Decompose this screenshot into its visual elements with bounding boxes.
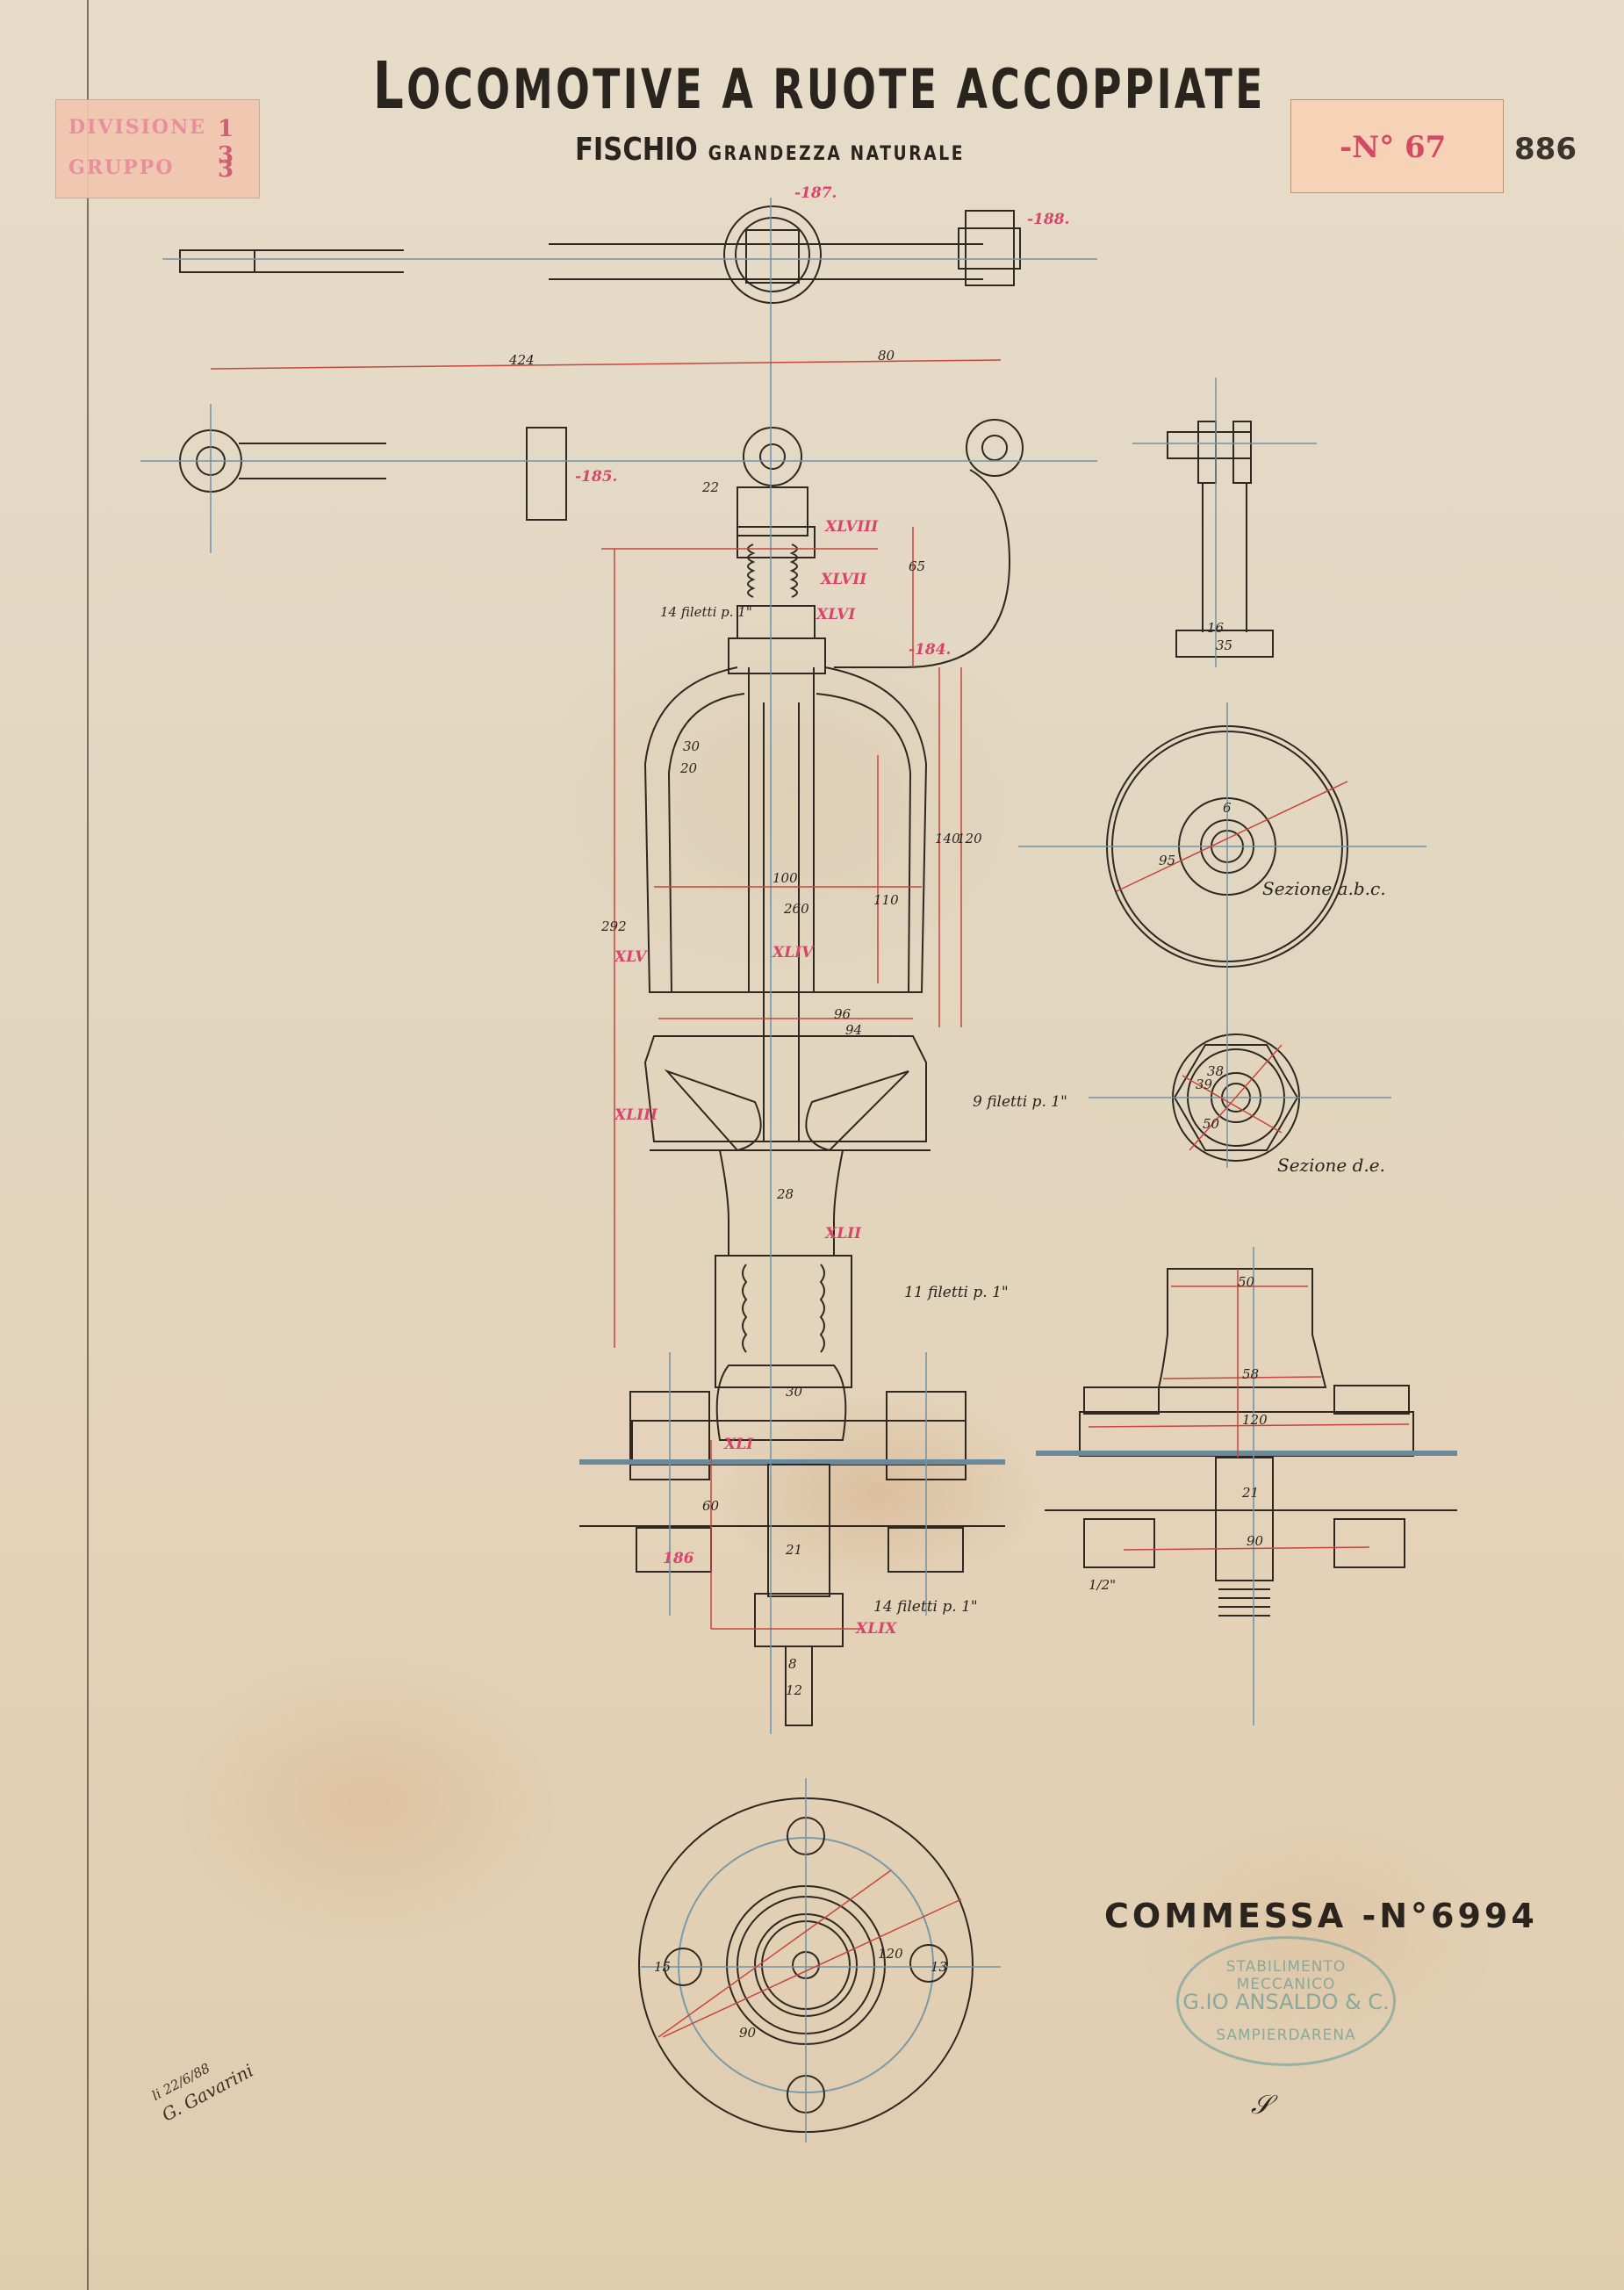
caption-thread-11: 11 filetti p. 1" <box>904 1284 1009 1301</box>
caption-thread-9: 9 filetti p. 1" <box>973 1093 1067 1111</box>
stamp-line-1: STABILIMENTO MECCANICO <box>1179 1958 1393 1993</box>
part-ref-xlii: XLII <box>824 1225 862 1242</box>
stamp-line-2: G.IO ANSALDO & C. <box>1179 1990 1393 2014</box>
dim-20: 20 <box>679 760 698 776</box>
technical-drawing: 424 80 65 22 100 260 110 140 120 292 30 … <box>0 0 1624 2290</box>
part-ref-187: -187. <box>794 184 837 202</box>
dim-120-flange-side: 120 <box>1242 1412 1268 1428</box>
dim-110: 110 <box>873 892 899 908</box>
dim-21-flange-side: 21 <box>1241 1485 1259 1501</box>
caption-thread-14-top: 14 filetti p. 1" <box>660 604 752 620</box>
part-ref-xlvii: XLVII <box>820 571 867 588</box>
fork-piece <box>527 428 566 520</box>
dim-120: 120 <box>957 831 982 846</box>
part-ref-xlix: XLIX <box>855 1620 897 1638</box>
dim-35-side: 35 <box>1216 637 1232 653</box>
dim-100: 100 <box>772 870 798 886</box>
dim-120-flange: 120 <box>878 1946 903 1962</box>
dim-22: 22 <box>701 479 719 495</box>
lever-end-left <box>180 250 255 272</box>
part-ref-188: -188. <box>1027 211 1069 228</box>
whistle-cup <box>645 1036 926 1141</box>
dim-8: 8 <box>788 1656 797 1672</box>
dim-39-section: 39 <box>1196 1077 1213 1092</box>
dim-half-inch: 1/2" <box>1089 1577 1116 1593</box>
dim-15-flange: 15 <box>654 1959 671 1975</box>
part-ref-xlvi: XLVI <box>816 606 856 623</box>
dim-80: 80 <box>878 348 895 364</box>
part-ref-184: -184. <box>909 641 951 659</box>
dim-13-flange: 13 <box>931 1959 947 1975</box>
stamp-line-3: SAMPIERDARENA <box>1179 2027 1393 2044</box>
dim-30-chamber: 30 <box>786 1384 803 1400</box>
part-ref-185: -185. <box>575 468 617 486</box>
part-ref-xliii: XLIII <box>614 1106 658 1124</box>
dim-28: 28 <box>776 1186 794 1202</box>
order-number: COMMESSA -N°6994 <box>1104 1897 1538 1935</box>
caption-thread-14-bottom: 14 filetti p. 1" <box>873 1598 978 1616</box>
dim-21: 21 <box>785 1542 802 1558</box>
dim-94: 94 <box>845 1022 862 1038</box>
part-ref-186: 186 <box>663 1550 694 1567</box>
part-ref-xliv: XLIV <box>772 944 815 961</box>
dim-58-flange-side: 58 <box>1242 1366 1259 1382</box>
caption-section-abc: Sezione a.b.c. <box>1262 878 1386 899</box>
dim-90-flange: 90 <box>739 2025 757 2041</box>
bottom-nut <box>755 1594 843 1646</box>
dim-60: 60 <box>702 1498 720 1514</box>
part-ref-xlv: XLV <box>614 948 648 966</box>
dim-424: 424 <box>508 352 535 368</box>
company-stamp: STABILIMENTO MECCANICO G.IO ANSALDO & C.… <box>1176 1936 1396 2066</box>
dim-50-flange-side: 50 <box>1238 1274 1255 1290</box>
lever-hub-outer <box>724 206 821 303</box>
dim-96: 96 <box>834 1006 852 1022</box>
dim-16-side: 16 <box>1207 620 1225 636</box>
dim-90-flange-side: 90 <box>1247 1533 1264 1549</box>
valve-chamber <box>717 1365 846 1440</box>
part-ref-xlviii: XLVIII <box>824 518 879 536</box>
dim-12: 12 <box>786 1682 802 1698</box>
dim-30: 30 <box>683 738 701 754</box>
dim-65: 65 <box>909 558 925 574</box>
top-eye <box>744 428 801 486</box>
part-ref-xli: XLI <box>723 1436 754 1453</box>
initial-mark: 𝒮 <box>1251 2090 1271 2121</box>
dim-260: 260 <box>783 901 809 917</box>
caption-section-de: Sezione d.e. <box>1277 1155 1385 1176</box>
dim-292: 292 <box>600 918 627 934</box>
dim-95-section: 95 <box>1159 853 1175 868</box>
dim-6-section: 6 <box>1223 800 1232 816</box>
dim-50-section: 50 <box>1203 1116 1220 1132</box>
